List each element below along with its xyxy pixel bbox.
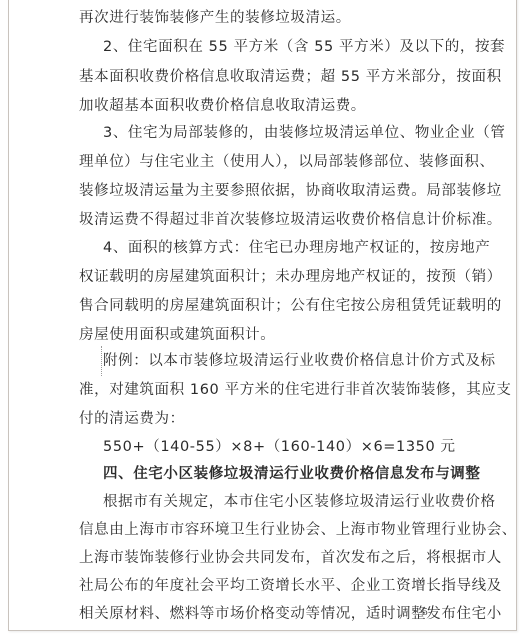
paragraph-line: 再次进行装饰装修产生的装修垃圾清运。 — [79, 8, 351, 28]
clause-4-line: 4、面积的核算方式：住宅已办理房地产权证的，按房地产 — [103, 238, 490, 258]
page-number: -5- — [419, 608, 431, 618]
paragraph-line: 基本面积收费价格信息收取清运费；超 55 平方米部分，按面积 — [79, 67, 502, 87]
paragraph-line: 圾清运费不得超过非首次装修垃圾清运收费价格信息计价标准。 — [79, 210, 502, 230]
paragraph-line: 上海市装饰装修行业协会共同发布，首次发布之后，将根据市人 — [79, 548, 502, 568]
paragraph-line: 准，对建筑面积 160 平方米的住宅进行非首次装饰装修，其应支 — [79, 380, 512, 400]
paragraph-line: 根据市有关规定，本市住宅小区装修垃圾清运行业收费价格 — [103, 492, 496, 512]
calculation-formula: 550+（140-55）×8+（160-140）×6=1350 元 — [103, 437, 456, 457]
paragraph-line: 信息由上海市市容环境卫生行业协会、上海市物业管理行业协会、 — [79, 520, 517, 540]
paragraph-line: 房屋使用面积或建筑面积计。 — [79, 325, 275, 345]
paragraph-line: 权证载明的房屋建筑面积计；未办理房地产权证的，按预（销） — [79, 267, 502, 287]
clause-3-line: 3、住宅为局部装修的，由装修垃圾清运单位、物业企业（管 — [103, 123, 505, 143]
paragraph-line: 相关原材料、燃料等市场价格变动等情况，适时调整发布住宅小 — [79, 604, 502, 624]
document-page: 再次进行装饰装修产生的装修垃圾清运。 2、住宅面积在 55 平方米（含 55 平… — [8, 0, 517, 631]
clause-2-line: 2、住宅面积在 55 平方米（含 55 平方米）及以下的，按套 — [103, 37, 505, 57]
paragraph-line: 售合同载明的房屋建筑面积计；公有住宅按公房租赁凭证载明的 — [79, 296, 502, 316]
paragraph-line: 装修垃圾清运量为主要参照依据，协商收取清运费。局部装修垃 — [79, 181, 502, 201]
example-line: 附例：以本市装修垃圾清运行业收费价格信息计价方式及标 — [103, 351, 496, 371]
section-heading: 四、住宅小区装修垃圾清运行业收费价格信息发布与调整 — [103, 464, 481, 484]
paragraph-line: 社局公布的年度社会平均工资增长水平、企业工资增长指导线及 — [79, 576, 502, 596]
paragraph-line: 加收超基本面积收费价格信息收取清运费。 — [79, 96, 366, 116]
paragraph-line: 理单位）与住宅业主（使用人），以局部装修部位、装修面积、 — [79, 152, 495, 172]
paragraph-line: 付的清运费为： — [79, 409, 185, 429]
